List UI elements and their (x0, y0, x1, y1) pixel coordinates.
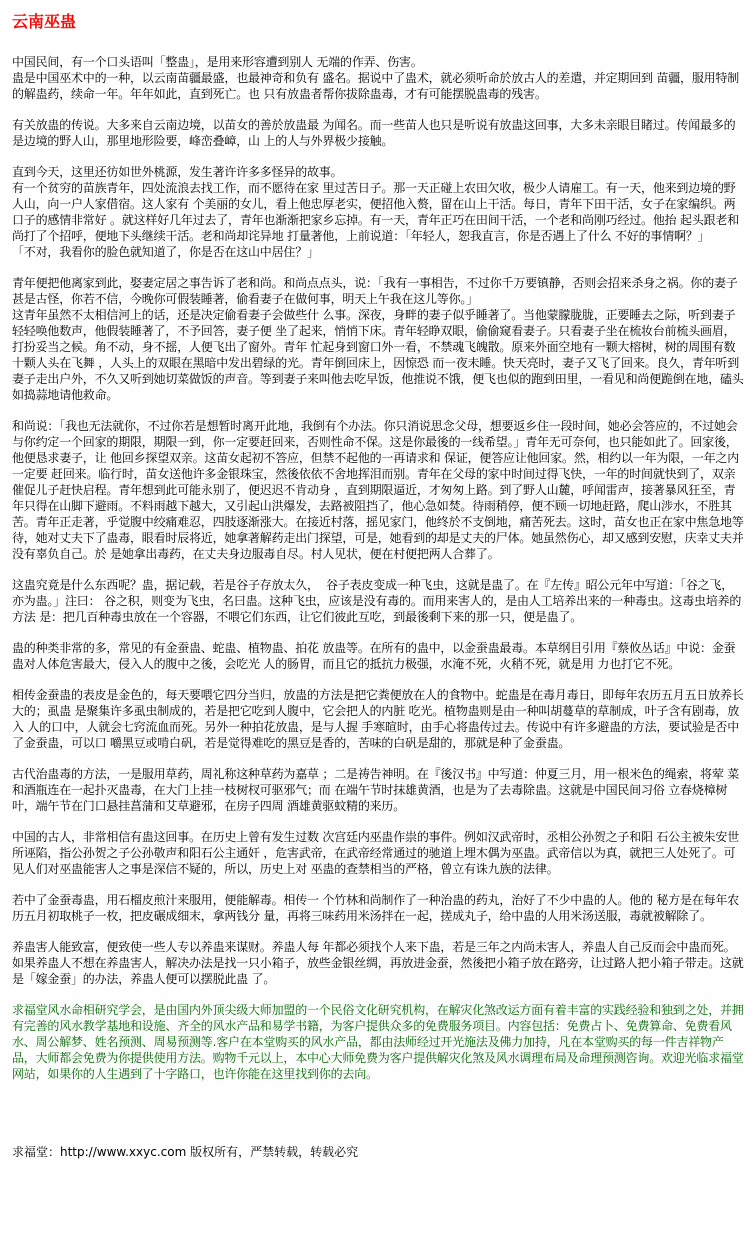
paragraph-raising-gu: 养蛊害人能致富，便致使一些人专以养蛊来谋财。养蛊人每 年都必须找个人来下蛊，若是… (12, 939, 744, 987)
paragraph-what-is-gu: 这蛊究竟是什么东西呢？蛊，据记载，若是谷子存放太久， 谷子表皮变成一种飞虫，这就… (12, 577, 744, 625)
paragraph-legend: 有关放蛊的传说。大多来自云南边境，以苗女的善於放蛊最 为闻名。而一些苗人也只是听… (12, 117, 744, 149)
paragraph-story-end: 和尚说：「我也无法就你，不过你若是想暂时离开此地，我倒有个办法。你只消说思念父母… (12, 418, 744, 562)
footer-copyright: 求福堂：http://www.xxyc.com 版权所有，严禁转载，转载必究 (12, 1144, 744, 1160)
promo-paragraph: 求福堂风水命相研究学会，是由国内外顶尖级大师加盟的一个民俗文化研究机构，在解灾化… (12, 1002, 744, 1082)
paragraph-antidote: 若中了金蚕毒蛊，用石榴皮煎汁来服用，便能解毒。相传一 个竹林和尚制作了一种治蛊的… (12, 892, 744, 924)
paragraph-story-start: 直到今天，这里还彷如世外桃源，发生著许许多多怪异的故事。 有一个贫穷的苗族青年，… (12, 164, 744, 260)
paragraph-intro: 中国民间，有一个口头语叫「整蛊」，是用来形容遭到别人 无端的作弄、伤害。 蛊是中… (12, 54, 744, 102)
page-title: 云南巫蛊 (12, 12, 744, 32)
paragraph-history: 中国的古人，非常相信有蛊这回事。在历史上曾有发生过数 次宫廷内巫蛊作祟的事件。例… (12, 829, 744, 877)
paragraph-gu-types: 蛊的种类非常的多，常见的有金蚕蛊、蛇蛊、植物蛊、拍花 放蛊等。在所有的蛊中，以金… (12, 640, 744, 672)
article: 云南巫蛊 中国民间，有一个口头语叫「整蛊」，是用来形容遭到别人 无端的作弄、伤害… (0, 0, 756, 1160)
paragraph-golden-silkworm: 相传金蚕蛊的表皮是金色的，每天要喂它四分当归，放蛊的方法是把它粪便放在人的食物中… (12, 687, 744, 751)
paragraph-ancient-cures: 古代治蛊毒的方法，一是服用草药，周礼称这种草药为嘉草 ；二是祷告神明。在『後汉书… (12, 766, 744, 814)
paragraph-story-monk: 青年便把他离家到此，娶妻定居之事告诉了老和尚。和尚点点头，说：「我有一事相告，不… (12, 275, 744, 403)
